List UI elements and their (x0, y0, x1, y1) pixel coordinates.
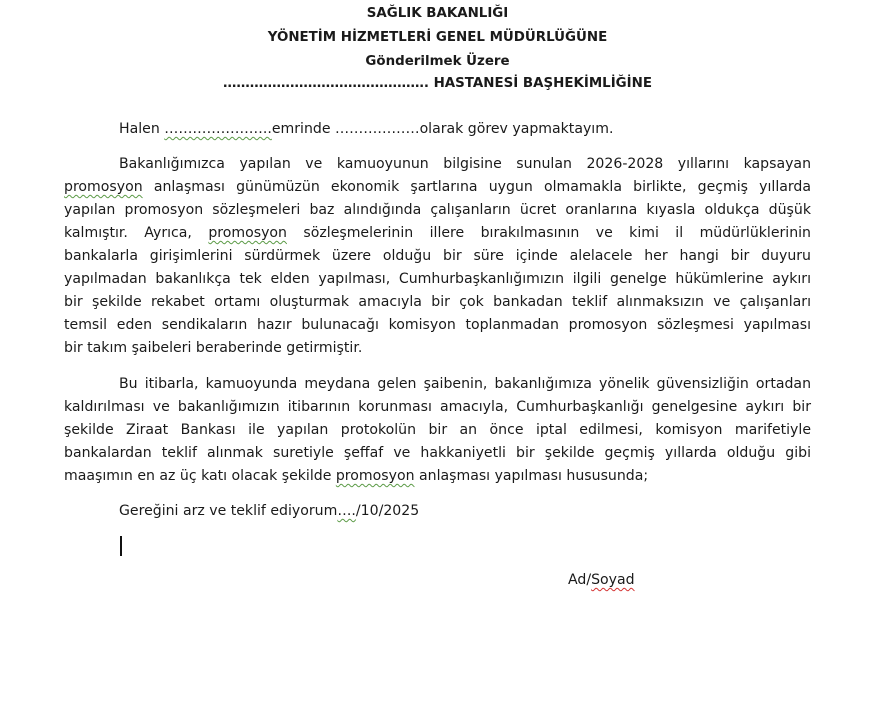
text-segment: temsil eden sendikaların hazır bulunacağ… (64, 317, 811, 333)
closing-text: Gereğini arz ve teklif ediyorum…./10/202… (64, 500, 811, 523)
paragraph-2-line: Bu itibarla, kamuoyunda meydana gelen şa… (64, 373, 811, 396)
text-segment: maaşımın en az üç katı olacak şekilde (64, 468, 336, 484)
date-day-blank[interactable]: …. (337, 503, 356, 519)
paragraph-1-line: yapılan promosyon sözleşmeleri baz alınd… (64, 199, 811, 222)
date-month-year: /10/2025 (356, 503, 419, 519)
signature-soyad: Soyad (591, 572, 635, 588)
header-sending-note: Gönderilmek Üzere (0, 54, 875, 69)
paragraph-1-line: bir şekilde rekabet ortamı oluşturmak am… (64, 291, 811, 314)
text-segment: kaldırılması ve bakanlığımızın itibarını… (64, 399, 811, 415)
text-segment: yapılmadan bakanlıkça tek elden yapılmas… (64, 271, 811, 287)
text-segment: anlaşması günümüzün ekonomik şartlarına … (143, 179, 811, 195)
header-directorate: YÖNETİM HİZMETLERİ GENEL MÜDÜRLÜĞÜNE (0, 30, 875, 45)
signature-ad: Ad/ (568, 572, 591, 588)
intro-prefix: Halen (119, 121, 164, 137)
intro-blank-title[interactable]: ……………… (335, 121, 420, 137)
intro-mid: emrinde (272, 121, 335, 137)
text-segment: şekilde Ziraat Bankası ile yapılan proto… (64, 422, 811, 438)
paragraph-1-line: Bakanlığımızca yapılan ve kamuoyunun bil… (64, 153, 811, 176)
paragraph-1-line: bankalarla girişimlerini sürdürmek üzere… (64, 245, 811, 268)
paragraph-2-line: maaşımın en az üç katı olacak şekilde pr… (64, 465, 811, 488)
paragraph-2: Bu itibarla, kamuoyunda meydana gelen şa… (64, 373, 811, 488)
intro-text: Halen …………………..emrinde ………………olarak göre… (64, 118, 811, 141)
spellcheck-flagged-word: promosyon (208, 225, 287, 241)
paragraph-1-line: temsil eden sendikaların hazır bulunacağ… (64, 314, 811, 337)
text-segment: Bu itibarla, kamuoyunda meydana gelen şa… (119, 376, 811, 392)
text-segment: sözleşmelerinin illere bırakılmasının ve… (287, 225, 811, 241)
header-hospital: ………………………………………. HASTANESİ BAŞHEKİMLİĞİN… (0, 76, 875, 91)
paragraph-2-line: kaldırılması ve bakanlığımızın itibarını… (64, 396, 811, 419)
paragraph-1-line: kalmıştır. Ayrıca, promosyon sözleşmeler… (64, 222, 811, 245)
text-segment: bankalarla girişimlerini sürdürmek üzere… (64, 248, 811, 264)
closing-phrase: Gereğini arz ve teklif ediyorum (119, 503, 337, 519)
text-segment: Bakanlığımızca yapılan ve kamuoyunun bil… (119, 156, 811, 172)
intro-blank-unit[interactable]: ………………….. (164, 121, 272, 137)
spellcheck-flagged-word: promosyon (64, 179, 143, 195)
paragraph-2-line: bankalardan teklif alınmak suretiyle şef… (64, 442, 811, 465)
paragraph-1: Bakanlığımızca yapılan ve kamuoyunun bil… (64, 153, 811, 360)
paragraph-1-line: yapılmadan bakanlıkça tek elden yapılmas… (64, 268, 811, 291)
paragraph-1-line: promosyon anlaşması günümüzün ekonomik ş… (64, 176, 811, 199)
spellcheck-flagged-word: promosyon (336, 468, 415, 484)
paragraph-1-line: bir takım şaibeleri beraberinde getirmiş… (64, 337, 811, 360)
text-segment: kalmıştır. Ayrıca, (64, 225, 208, 241)
header-ministry: SAĞLIK BAKANLIĞI (0, 6, 875, 21)
text-segment: bir şekilde rekabet ortamı oluşturmak am… (64, 294, 811, 310)
text-segment: yapılan promosyon sözleşmeleri baz alınd… (64, 202, 811, 218)
text-segment: bankalardan teklif alınmak suretiyle şef… (64, 445, 811, 461)
intro-suffix: olarak görev yapmaktayım. (420, 121, 614, 137)
text-cursor (120, 536, 122, 556)
intro-line: Halen …………………..emrinde ………………olarak göre… (64, 118, 811, 141)
paragraph-2-line: şekilde Ziraat Bankası ile yapılan proto… (64, 419, 811, 442)
closing-line: Gereğini arz ve teklif ediyorum…./10/202… (64, 500, 811, 523)
document-page[interactable]: SAĞLIK BAKANLIĞI YÖNETİM HİZMETLERİ GENE… (0, 0, 875, 720)
text-segment: anlaşması yapılması hususunda; (415, 468, 649, 484)
signature-block: Ad/Soyad (568, 572, 635, 588)
text-segment: bir takım şaibeleri beraberinde getirmiş… (64, 340, 362, 356)
